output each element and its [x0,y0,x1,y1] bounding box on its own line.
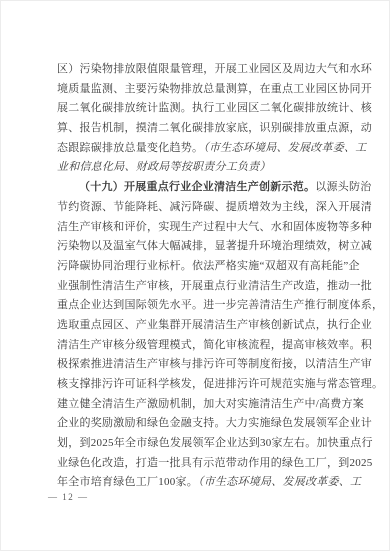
text-segment-kai: （市生态环境局、发展改革委、工 [203,142,366,154]
text-line: 境质量监测、主要污染物排放总量测算，在重点工业园区协同开 [57,80,357,100]
text-line: 选取重点园区、产业集群开展清洁生产审核创新试点，执行企业 [57,316,357,336]
text-segment-body: 污染物以及温室气体大幅减排，显著提升环境治理绩效，树立减 [57,240,372,252]
text-line: 算、报告机制，摸清二氧化碳排放家底，识别碳排放重点源，动 [57,119,357,139]
text-segment-bold: （十九）开展重点行业企业清洁生产创新示范。 [79,181,315,193]
text-segment-body: 极探索推进清洁生产审核与排污许可等制度衔接，以清洁生产审 [57,358,372,370]
text-line: 洁生产审核和评价，实现生产过程中大气、水和固体废物等多种 [57,218,357,238]
text-line: 企业的奖励激励和绿色金融支持。大力实施绿色发展领军企业计 [57,414,357,434]
text-segment-body: 业强制性清洁生产审核，开展重点行业清洁生产改造，推动一批 [57,280,372,292]
document-page: 区）污染物排放限值限量管理，开展工业园区及周边大气和水环境质量监测、主要污染物排… [0,0,390,551]
text-segment-body: 以源头防治 [315,181,371,193]
text-line: 区）污染物排放限值限量管理，开展工业园区及周边大气和水环 [57,60,357,80]
text-segment-body: 建立健全清洁生产激励机制，加大对实施清洁生产中/高费方案 [57,398,364,410]
text-line: 业绿色化改造，打造一批具有示范带动作用的绿色工厂，到2025 [57,454,357,474]
text-segment-body: 企业的奖励激励和绿色金融支持。大力实施绿色发展领军企业计 [57,417,372,429]
text-segment-body: 境质量监测、主要污染物排放总量测算，在重点工业园区协同开 [57,83,372,95]
text-segment-body: 污降碳协同治理行业标杆。依法严格实施“双超双有高耗能”企 [57,260,360,272]
text-segment-body: 重点企业达到国际领先水平。进一步完善清洁生产推行制度体系， [57,299,383,311]
text-line: 污降碳协同治理行业标杆。依法严格实施“双超双有高耗能”企 [57,257,357,277]
text-line: 态跟踪碳排放总量变化趋势。（市生态环境局、发展改革委、工 [57,139,357,159]
text-segment-body: 清洁生产审核分级管理模式，简化审核流程，提高审核效率。积 [57,339,372,351]
text-segment-body: 节约资源、节能降耗、减污降碳、提质增效为主线，深入开展清 [57,201,372,213]
page-number: — 12 — [48,490,89,504]
text-line: 核支撑排污许可证科学核发，促进排污许可规范实施与常态管理。 [57,375,357,395]
text-line: 极探索推进清洁生产审核与排污许可等制度衔接，以清洁生产审 [57,355,357,375]
text-line: 重点企业达到国际领先水平。进一步完善清洁生产推行制度体系， [57,296,357,316]
text-line: 展二氧化碳排放统计监测。执行工业园区二氧化碳排放统计、核 [57,99,357,119]
text-segment-body: 态跟踪碳排放总量变化趋势。 [57,142,203,154]
text-segment-kai: （市生态环境局、发展改革委、工 [198,476,361,488]
text-line: 节约资源、节能降耗、减污降碳、提质增效为主线，深入开展清 [57,198,357,218]
text-segment-kai: 业和信息化局、财政局等按职责分工负责） [57,161,271,173]
text-segment-body: 展二氧化碳排放统计监测。执行工业园区二氧化碳排放统计、核 [57,102,372,114]
text-segment-body: 划，到2025年全市绿色发展领军企业达到30家左右。加快重点行 [57,437,373,449]
text-line: 年全市培育绿色工厂100家。（市生态环境局、发展改革委、工 [57,473,357,493]
text-line: 建立健全清洁生产激励机制，加大对实施清洁生产中/高费方案 [57,395,357,415]
text-segment-body: 算、报告机制，摸清二氧化碳排放家底，识别碳排放重点源，动 [57,122,372,134]
text-line: 业强制性清洁生产审核，开展重点行业清洁生产改造，推动一批 [57,277,357,297]
document-text-block: 区）污染物排放限值限量管理，开展工业园区及周边大气和水环境质量监测、主要污染物排… [57,60,357,493]
text-line: 清洁生产审核分级管理模式，简化审核流程，提高审核效率。积 [57,336,357,356]
text-segment-body: 区）污染物排放限值限量管理，开展工业园区及周边大气和水环 [57,63,372,75]
text-segment-body: 选取重点园区、产业集群开展清洁生产审核创新试点，执行企业 [57,319,372,331]
text-line: 划，到2025年全市绿色发展领军企业达到30家左右。加快重点行 [57,434,357,454]
text-line: 污染物以及温室气体大幅减排，显著提升环境治理绩效，树立减 [57,237,357,257]
text-segment-body: 年全市培育绿色工厂100家。 [57,476,198,488]
text-line: 业和信息化局、财政局等按职责分工负责） [57,158,357,178]
text-segment-body: 业绿色化改造，打造一批具有示范带动作用的绿色工厂，到2025 [57,457,373,469]
text-segment-body: 核支撑排污许可证科学核发，促进排污许可规范实施与常态管理。 [57,378,383,390]
text-line: （十九）开展重点行业企业清洁生产创新示范。以源头防治 [57,178,357,198]
text-segment-body: 洁生产审核和评价，实现生产过程中大气、水和固体废物等多种 [57,221,372,233]
